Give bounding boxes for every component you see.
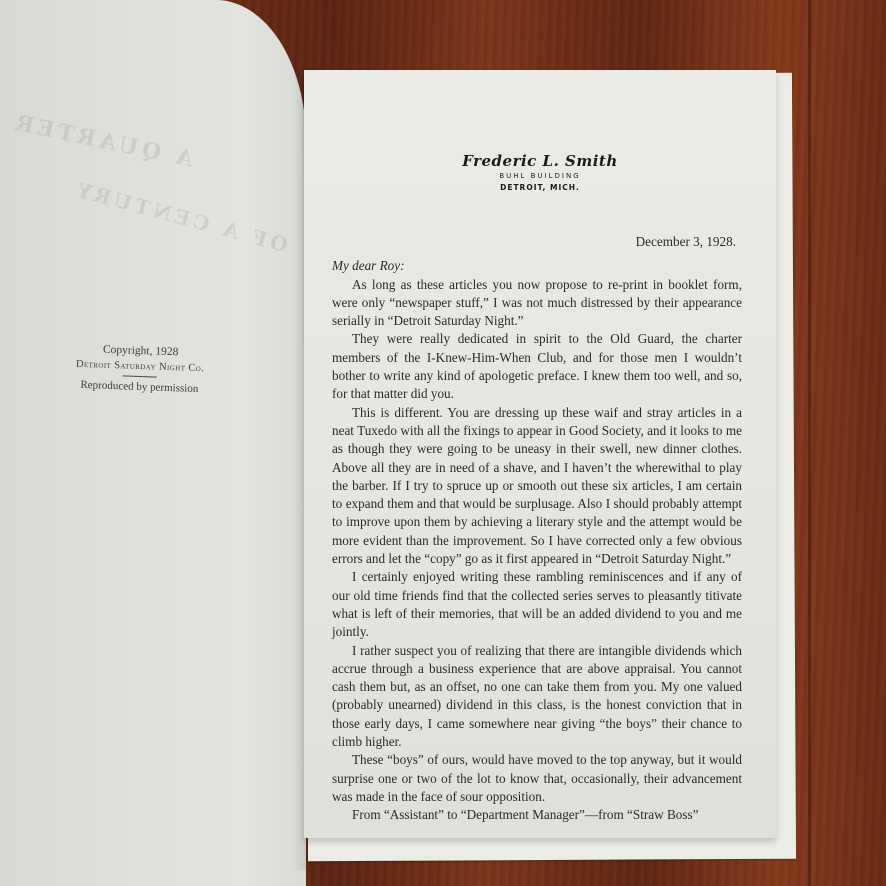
paragraph: As long as these articles you now propos…	[332, 276, 742, 331]
bleed-through-text: OF A CENTURY	[71, 177, 291, 257]
letterhead: Frederic L. Smith BUHL BUILDING DETROIT,…	[304, 152, 776, 192]
bleed-through-text: A QUARTER	[9, 109, 195, 173]
paragraph: I rather suspect you of realizing that t…	[332, 642, 742, 752]
salutation: My dear Roy:	[332, 257, 742, 275]
right-page: Frederic L. Smith BUHL BUILDING DETROIT,…	[304, 70, 776, 838]
table-seam	[808, 0, 811, 886]
paragraph: This is different. You are dressing up t…	[332, 404, 742, 569]
letterhead-city: DETROIT, MICH.	[304, 183, 776, 192]
permission-note: Reproduced by permission	[39, 378, 239, 397]
paragraph: I certainly enjoyed writing these rambli…	[332, 568, 742, 641]
copyright-notice: Copyright, 1928 Detroit Saturday Night C…	[39, 342, 241, 397]
letter-body: December 3, 1928. My dear Roy: As long a…	[332, 233, 742, 825]
copyright-holder: Detroit Saturday Night Co.	[40, 358, 240, 376]
divider	[123, 375, 157, 377]
letterhead-building: BUHL BUILDING	[304, 172, 776, 180]
letterhead-name: Frederic L. Smith	[304, 152, 776, 170]
paragraph: From “Assistant” to “Department Manager”…	[332, 806, 742, 824]
left-page: A QUARTER OF A CENTURY Copyright, 1928 D…	[0, 0, 306, 886]
letter-date: December 3, 1928.	[332, 233, 742, 251]
paragraph: These “boys” of ours, would have moved t…	[332, 751, 742, 806]
paragraph: They were really dedicated in spirit to …	[332, 330, 742, 403]
